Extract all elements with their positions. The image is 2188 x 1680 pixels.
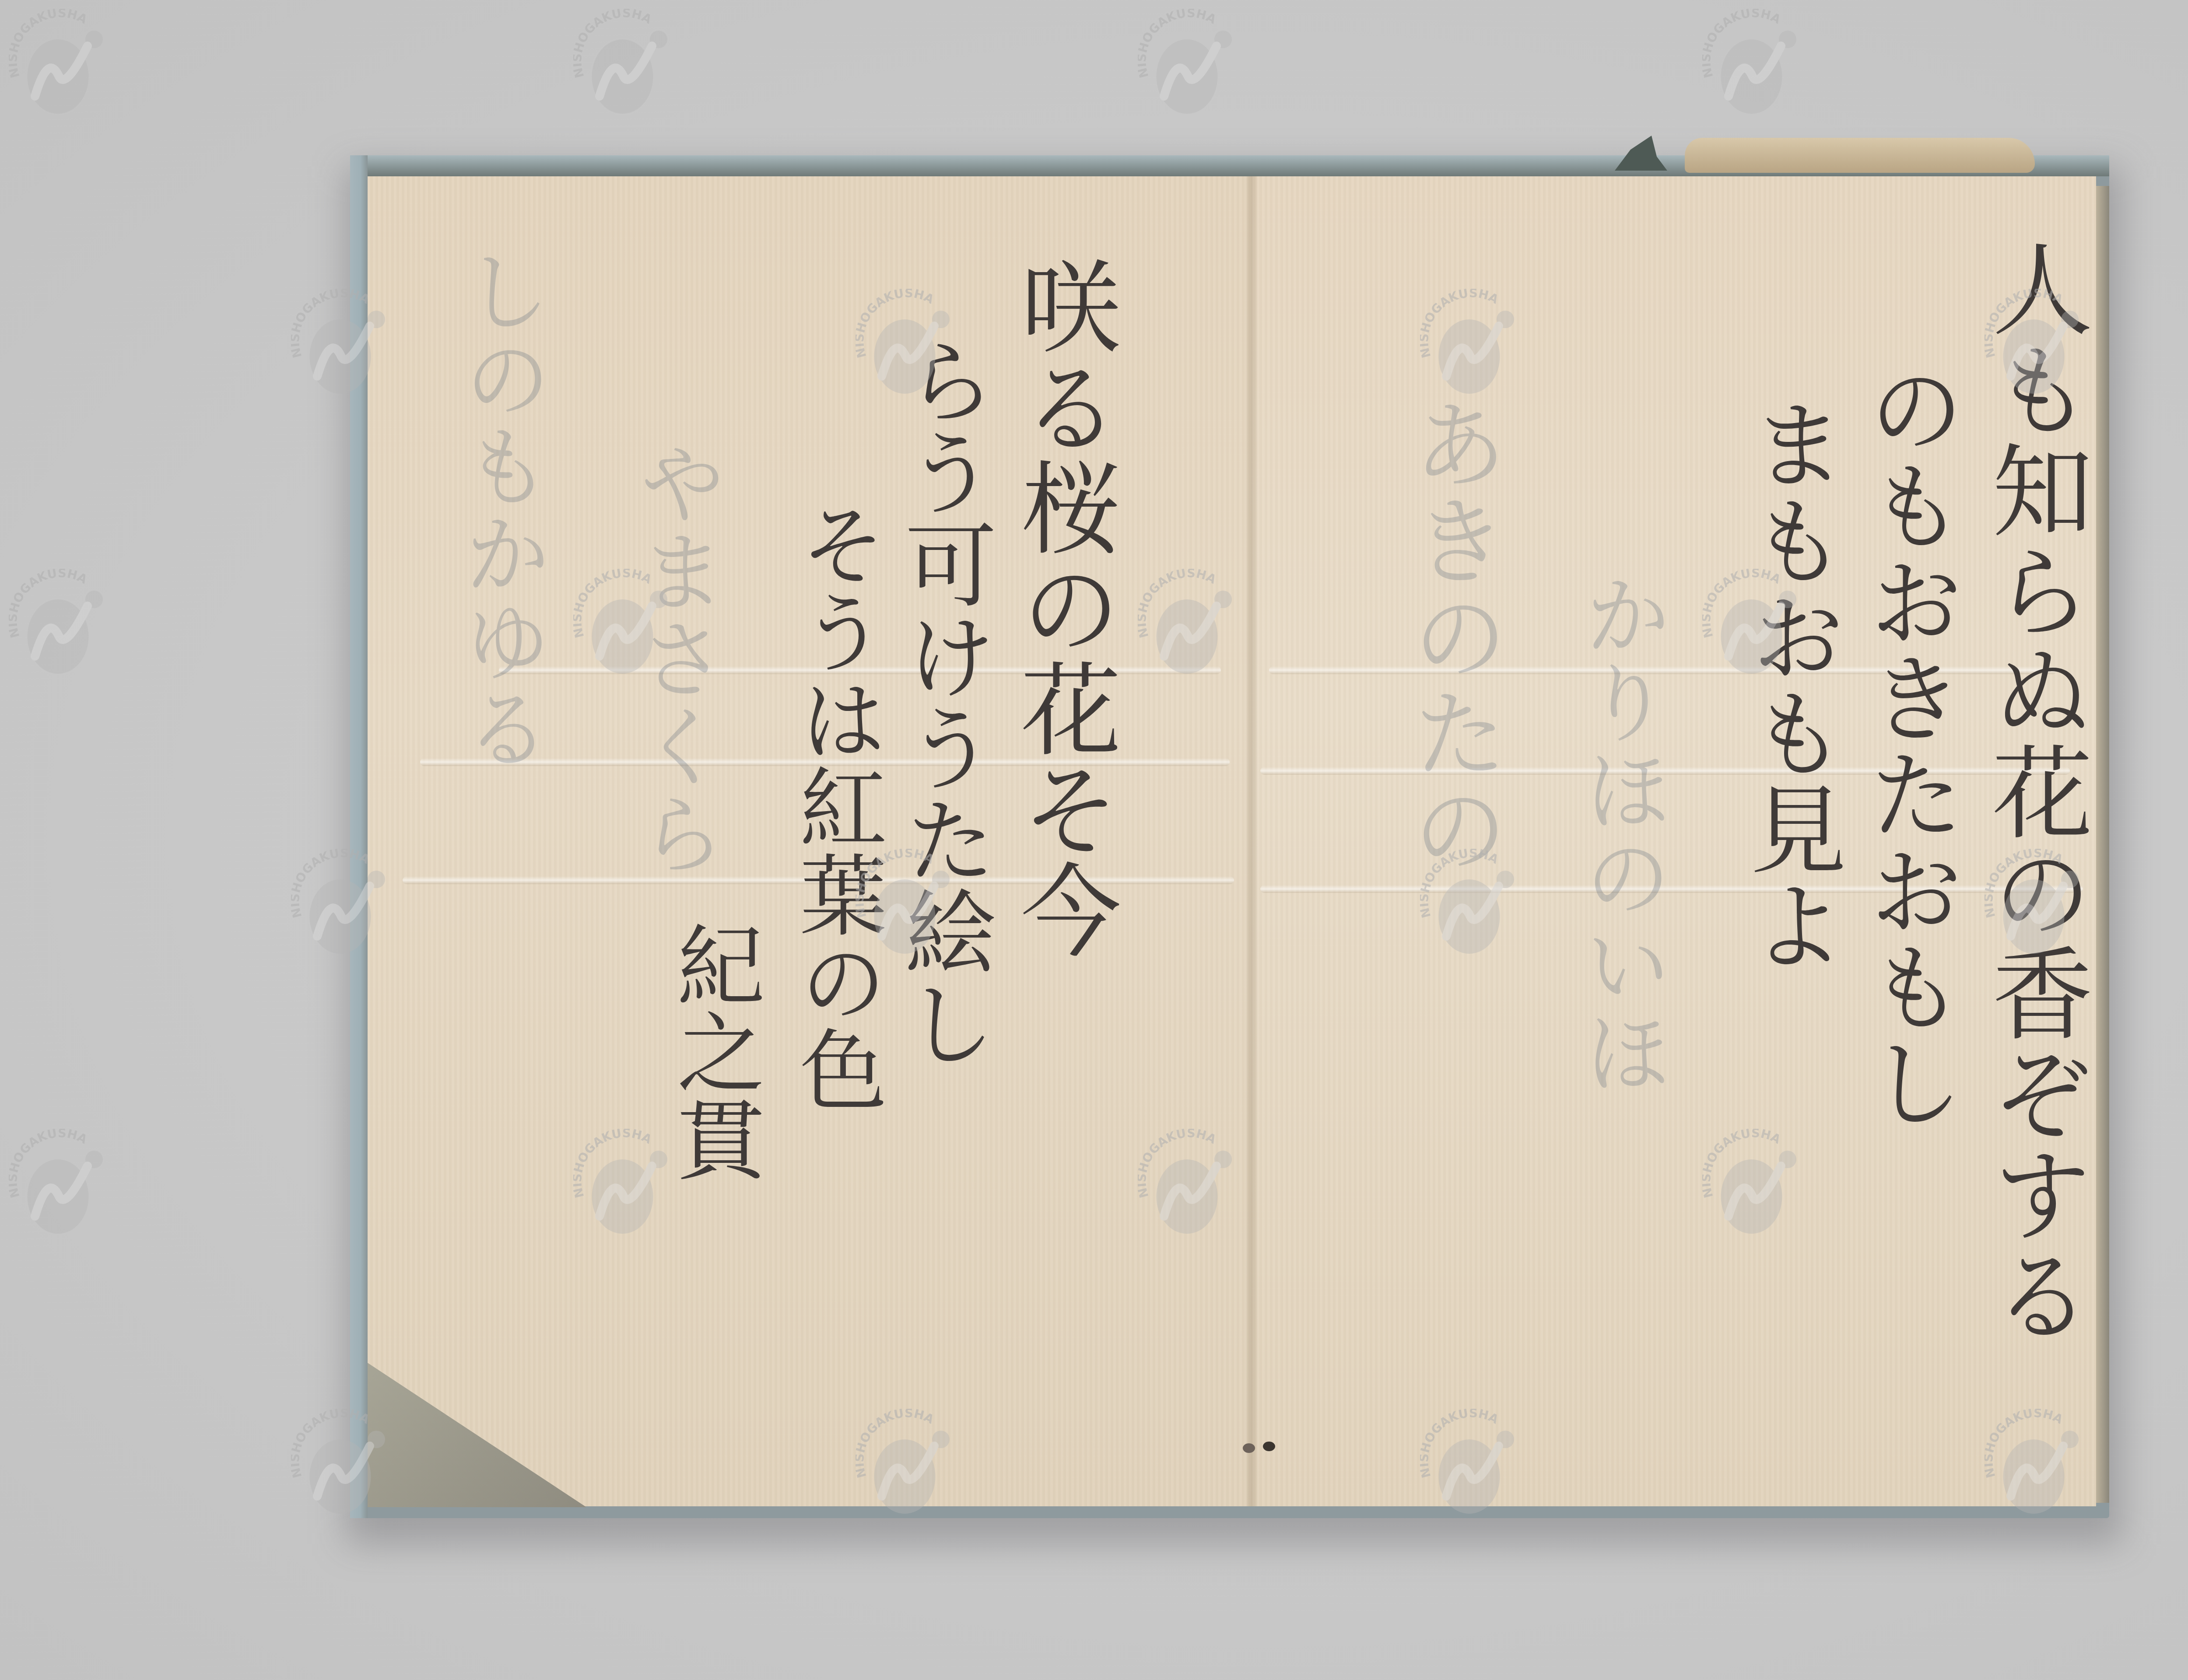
nishogakusha-logo-icon: NISHOGAKUSHA [573, 569, 683, 678]
nishogakusha-logo-icon: NISHOGAKUSHA [1420, 289, 1529, 398]
nishogakusha-watermark: NISHOGAKUSHA [291, 289, 400, 398]
nishogakusha-logo-icon: NISHOGAKUSHA [573, 9, 683, 118]
nishogakusha-logo-icon: NISHOGAKUSHA [291, 1409, 400, 1518]
nishogakusha-watermark: NISHOGAKUSHA [1985, 1409, 2094, 1518]
nishogakusha-logo-icon: NISHOGAKUSHA [856, 289, 965, 398]
nishogakusha-watermark: NISHOGAKUSHA [9, 9, 118, 118]
nishogakusha-watermark: NISHOGAKUSHA [9, 1129, 118, 1238]
nishogakusha-logo-icon: NISHOGAKUSHA [1138, 569, 1247, 678]
nishogakusha-logo-icon: NISHOGAKUSHA [1138, 1129, 1247, 1238]
nishogakusha-watermark: NISHOGAKUSHA [856, 289, 965, 398]
nishogakusha-watermark: NISHOGAKUSHA [1138, 569, 1247, 678]
nishogakusha-logo-icon: NISHOGAKUSHA [9, 1129, 118, 1238]
bleed-through-text: しのもかゆる [438, 246, 563, 771]
nishogakusha-logo-icon: NISHOGAKUSHA [856, 1409, 965, 1518]
calligraphy-column: そうは紅葉の色 [788, 500, 884, 1113]
nishogakusha-logo-icon: NISHOGAKUSHA [1702, 569, 1812, 678]
book-gutter [1245, 176, 1258, 1506]
nishogakusha-watermark: NISHOGAKUSHA [1985, 289, 2094, 398]
nishogakusha-watermark: NISHOGAKUSHA [291, 849, 400, 958]
nishogakusha-logo-icon: NISHOGAKUSHA [1985, 1409, 2094, 1518]
nishogakusha-logo-icon: NISHOGAKUSHA [1702, 1129, 1812, 1238]
binding-hole [1263, 1442, 1275, 1451]
calligraphy-column: のもおきたおもし [1855, 360, 1961, 1130]
nishogakusha-logo-icon: NISHOGAKUSHA [573, 1129, 683, 1238]
nishogakusha-logo-icon: NISHOGAKUSHA [856, 849, 965, 958]
nishogakusha-watermark: NISHOGAKUSHA [1702, 9, 1812, 118]
bleed-through-text: あきのたの [1383, 395, 1521, 876]
nishogakusha-watermark: NISHOGAKUSHA [1702, 569, 1812, 678]
right-page: あきのたの かりほのいほ 人も知らぬ花の香ぞする のもおきたおもし まもおも見よ [1252, 176, 2096, 1506]
nishogakusha-watermark: NISHOGAKUSHA [573, 1129, 683, 1238]
nishogakusha-logo-icon: NISHOGAKUSHA [1985, 289, 2094, 398]
calligraphy-column: まもおも見よ [1737, 395, 1843, 973]
frayed-binding [1685, 138, 2035, 173]
nishogakusha-watermark: NISHOGAKUSHA [1420, 1409, 1529, 1518]
nishogakusha-watermark: NISHOGAKUSHA [856, 1409, 965, 1518]
page-stack-edge [2096, 186, 2109, 1503]
nishogakusha-watermark: NISHOGAKUSHA [573, 9, 683, 118]
nishogakusha-logo-icon: NISHOGAKUSHA [291, 849, 400, 958]
nishogakusha-logo-icon: NISHOGAKUSHA [1138, 9, 1247, 118]
nishogakusha-logo-icon: NISHOGAKUSHA [9, 569, 118, 678]
nishogakusha-watermark: NISHOGAKUSHA [1420, 289, 1529, 398]
calligraphy-column: らう可けうた絵し [893, 334, 994, 1069]
nishogakusha-logo-icon: NISHOGAKUSHA [1420, 849, 1529, 958]
nishogakusha-logo-icon: NISHOGAKUSHA [9, 9, 118, 118]
left-page: しのもかゆる やまさくら 咲る桜の花そ今 らう可けうた絵し そうは紅葉の色 紀之… [368, 176, 1252, 1506]
nishogakusha-watermark: NISHOGAKUSHA [1138, 1129, 1247, 1238]
nishogakusha-watermark: NISHOGAKUSHA [856, 849, 965, 958]
nishogakusha-logo-icon: NISHOGAKUSHA [1420, 1409, 1529, 1518]
calligraphy-column: 人も知らぬ花の香ぞする [1978, 238, 2089, 1344]
open-book: しのもかゆる やまさくら 咲る桜の花そ今 らう可けうた絵し そうは紅葉の色 紀之… [350, 155, 2109, 1518]
nishogakusha-watermark: NISHOGAKUSHA [1985, 849, 2094, 958]
nishogakusha-watermark: NISHOGAKUSHA [1138, 9, 1247, 118]
calligraphy-column: 咲る桜の花そ今 [1006, 255, 1117, 959]
nishogakusha-logo-icon: NISHOGAKUSHA [291, 289, 400, 398]
nishogakusha-watermark: NISHOGAKUSHA [291, 1409, 400, 1518]
binding-hole [1243, 1443, 1255, 1453]
nishogakusha-watermark: NISHOGAKUSHA [9, 569, 118, 678]
nishogakusha-logo-icon: NISHOGAKUSHA [1702, 9, 1812, 118]
nishogakusha-logo-icon: NISHOGAKUSHA [1985, 849, 2094, 958]
nishogakusha-watermark: NISHOGAKUSHA [1702, 1129, 1812, 1238]
nishogakusha-watermark: NISHOGAKUSHA [573, 569, 683, 678]
bleed-through-text: かりほのいほ [1558, 570, 1683, 1095]
nishogakusha-watermark: NISHOGAKUSHA [1420, 849, 1529, 958]
